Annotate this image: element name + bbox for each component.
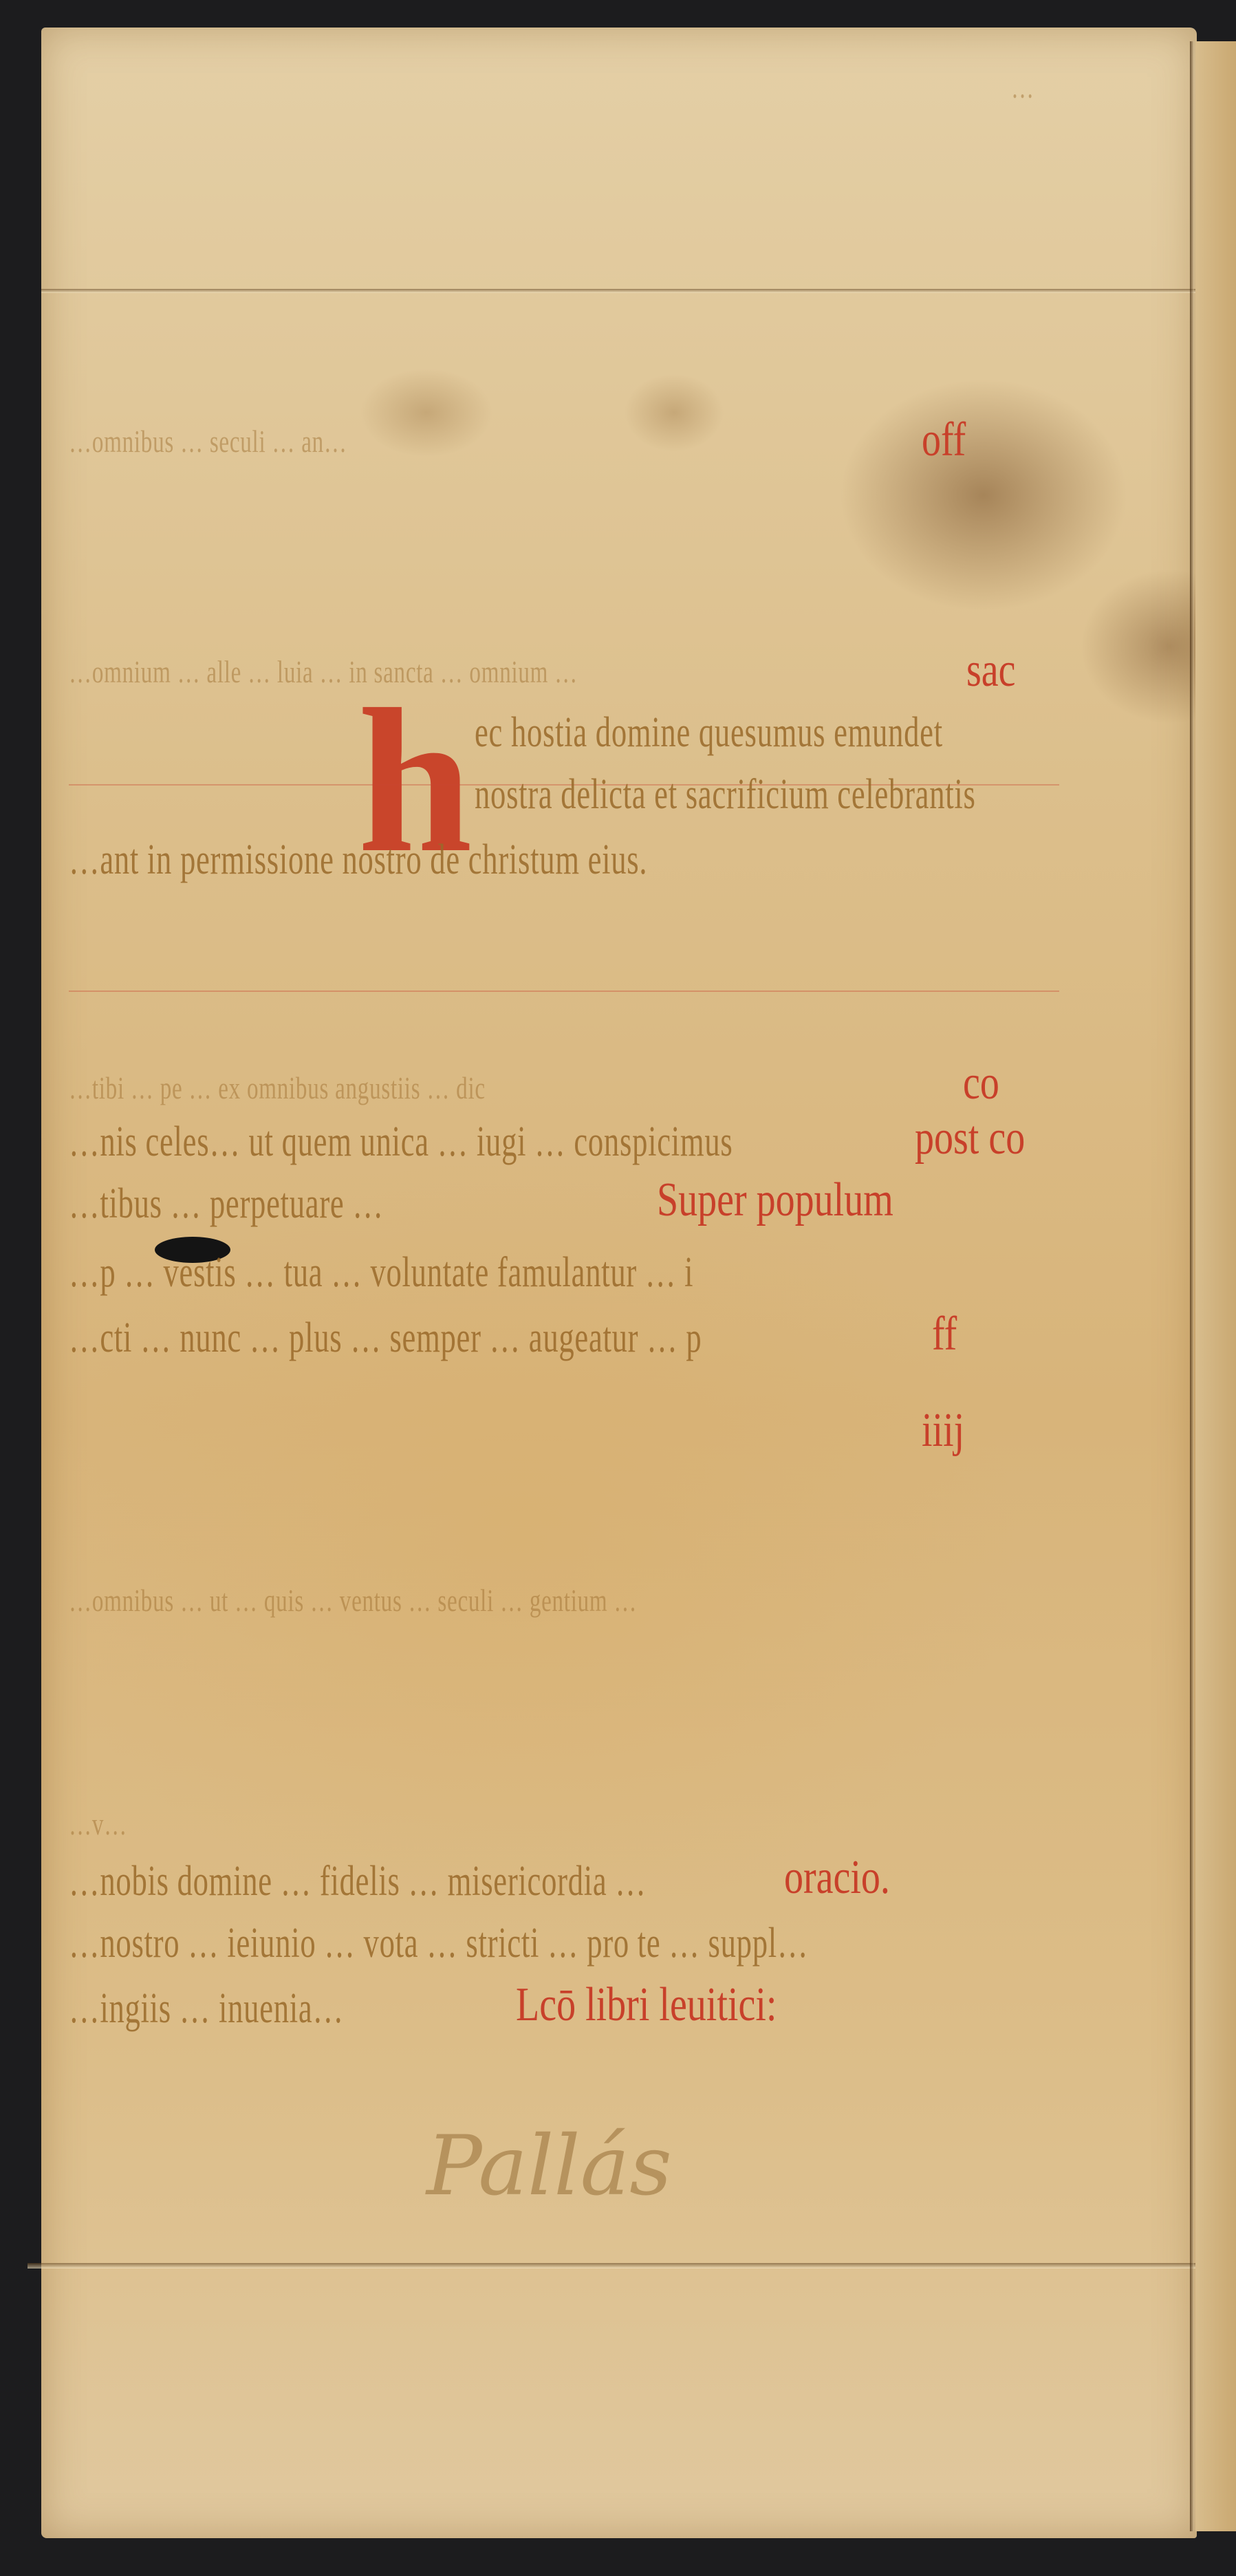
text-line-6: …tibi … pe … ex omnibus angustiis … dic [69, 1070, 486, 1106]
rubric-feria-number: iiij [922, 1403, 964, 1458]
text-line-2: …omnium … alle … luia … in sancta … omni… [69, 653, 578, 690]
rubric-oracio: oracio. [784, 1850, 890, 1905]
text-line-14: …nostro … ieiunio … vota … stricti … pro… [69, 1919, 808, 1968]
text-line-9: …p … vestis … tua … voluntate famulantur… [69, 1248, 693, 1297]
text-line-7: …nis celes… ut quem unica … iugi … consp… [69, 1118, 733, 1167]
faded-annotation: … [1011, 69, 1034, 105]
text-line-12: …v… [69, 1806, 127, 1842]
text-line-8: …tibus … perpetuare … [69, 1180, 384, 1229]
rubric-communion: co [963, 1056, 999, 1111]
top-fold-line [41, 289, 1197, 293]
bottom-fold-line [28, 2263, 1197, 2269]
rubric-offertory: off [922, 413, 966, 468]
ownership-signature: Pallás [426, 2119, 672, 2214]
gutter-edge [1190, 41, 1194, 2531]
rubric-lectio: Lcō libri leuitici: [516, 1978, 777, 2033]
text-line-15: …ingiis … inuenia… [69, 1984, 344, 2033]
red-ruling-line [69, 991, 1059, 992]
adjacent-leaf-strip [1195, 41, 1236, 2531]
text-line-1: …omnibus … seculi … an… [69, 423, 347, 459]
text-line-3: ec hostia domine quesumus emundet [475, 708, 943, 757]
text-line-10: …cti … nunc … plus … semper … augeatur …… [69, 1314, 702, 1363]
rubric-secret: sac [966, 643, 1016, 698]
rubric-postcommunion: post co [915, 1111, 1025, 1166]
text-line-11: …omnibus … ut … quis … ventus … seculi …… [69, 1582, 637, 1619]
text-line-4: nostra delicta et sacrificium celebranti… [475, 770, 976, 819]
rubric-super-populum: Super populum [657, 1173, 893, 1228]
rubric-feria: ff [932, 1307, 957, 1362]
text-line-13: …nobis domine … fidelis … misericordia … [69, 1857, 647, 1906]
text-line-5: …ant in permissione nostro de christum e… [69, 836, 647, 885]
